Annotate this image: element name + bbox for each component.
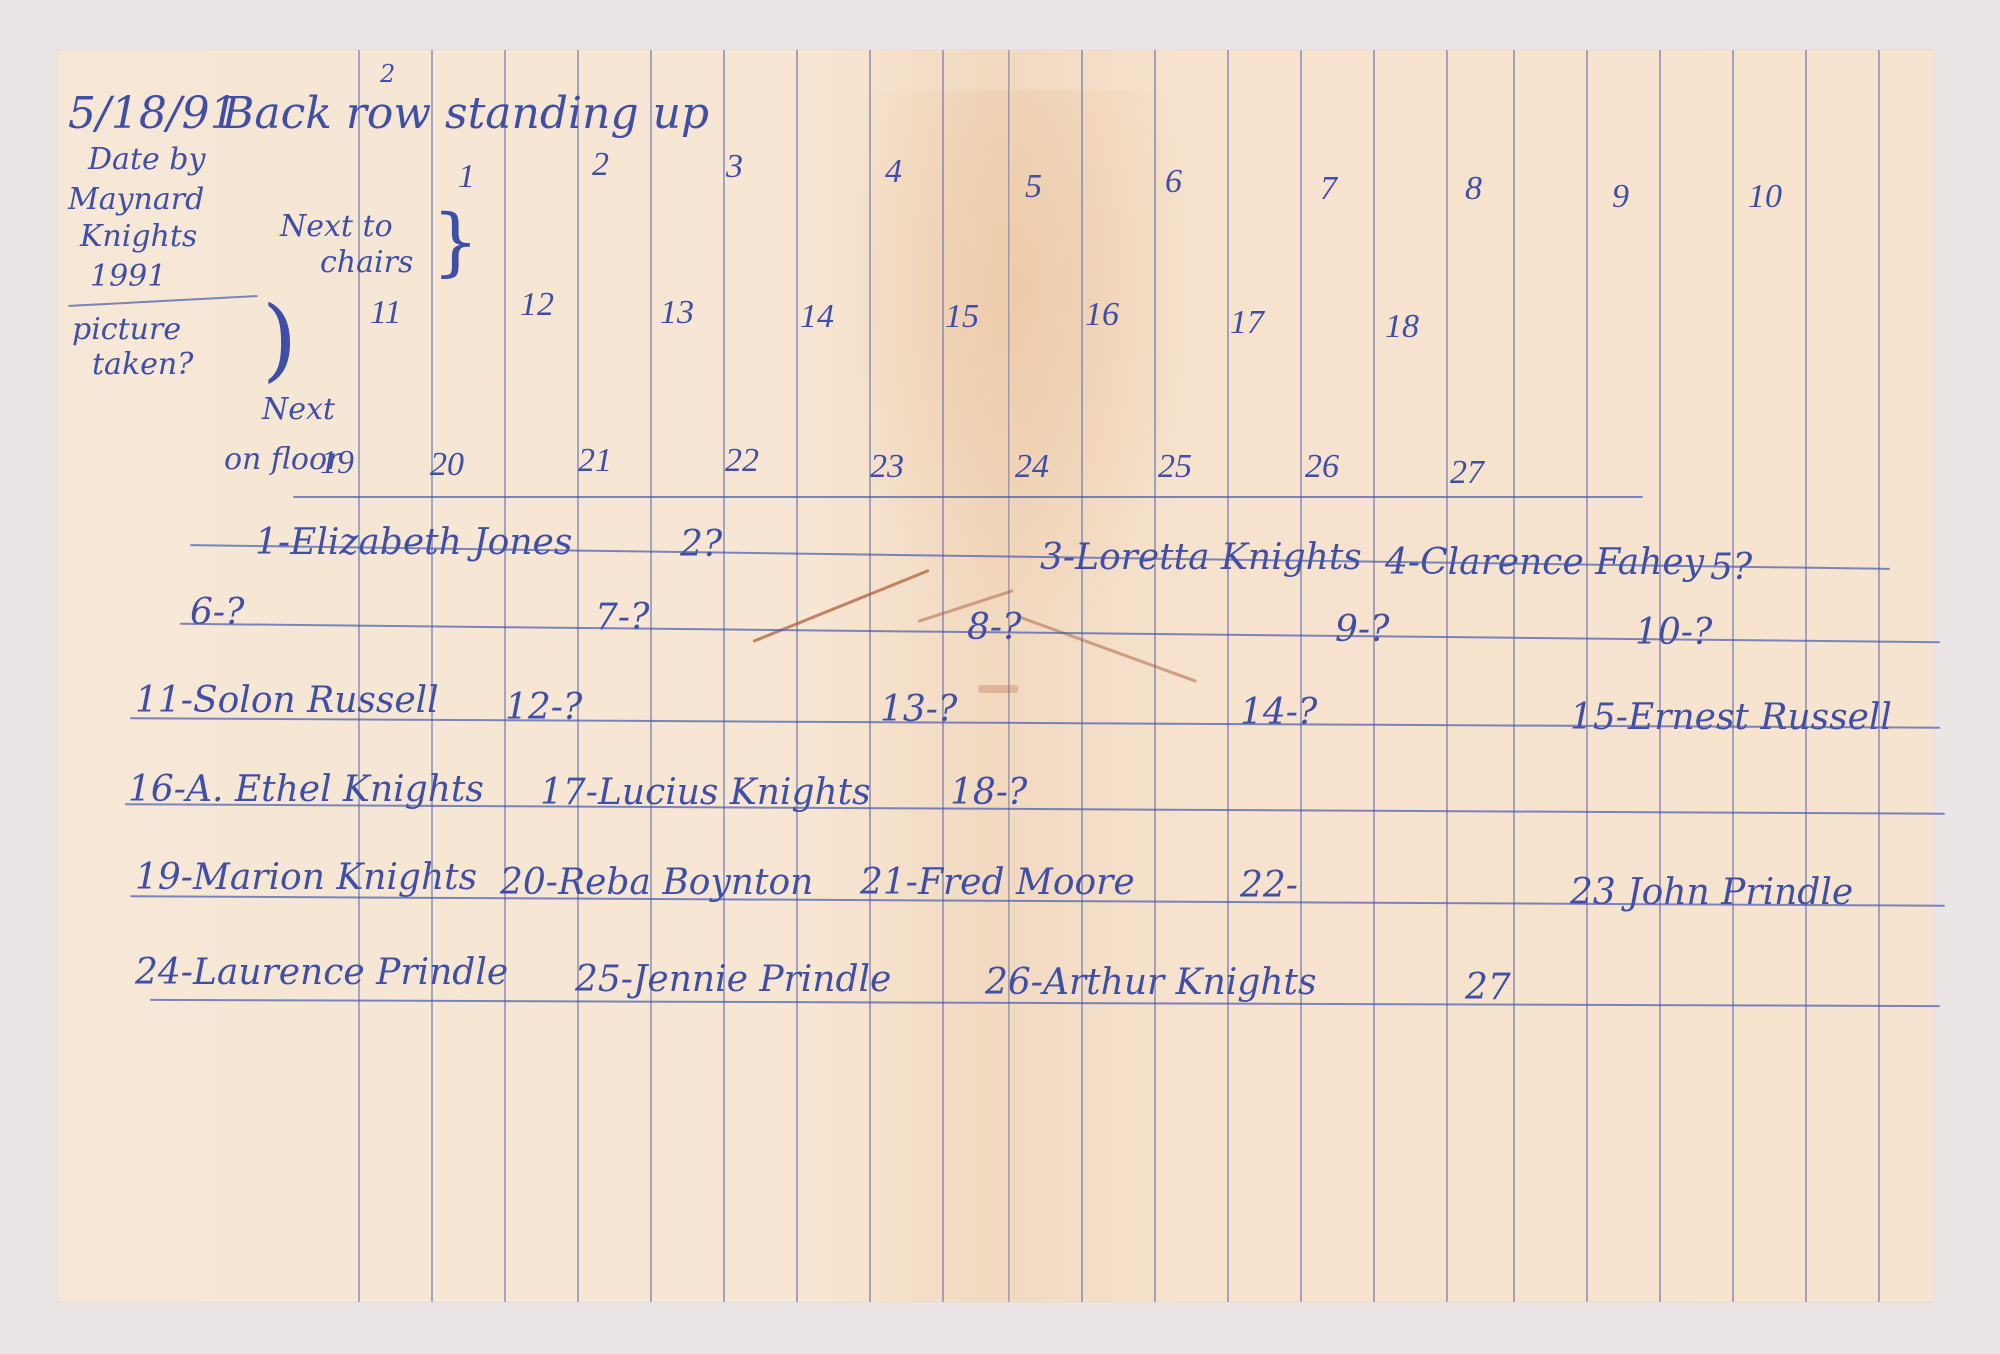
- name-entry: 6-?: [190, 595, 244, 631]
- name-entry: 9-?: [1335, 612, 1389, 648]
- seat-number: 8: [1465, 172, 1482, 206]
- ruled-line: [1513, 50, 1515, 1302]
- row-label-chairs: Next to: [280, 212, 393, 242]
- seat-number: 17: [1230, 306, 1264, 340]
- ruled-line: [1659, 50, 1661, 1302]
- name-entry: 11-Solon Russell: [135, 683, 439, 719]
- name-entry: 7-?: [595, 600, 649, 636]
- name-entry: 20-Reba Boynton: [500, 865, 813, 901]
- name-entry: 15-Ernest Russell: [1570, 700, 1892, 736]
- curly-brace: }: [432, 205, 479, 279]
- seat-number: 9: [1612, 180, 1629, 214]
- seat-number: 7: [1320, 172, 1337, 206]
- margin-note-line: picture: [72, 315, 181, 345]
- name-entry: 8-?: [967, 610, 1021, 646]
- seat-number: 16: [1085, 298, 1119, 332]
- ruled-line: [650, 50, 652, 1302]
- ruled-line: [869, 50, 871, 1302]
- margin-note-line: taken?: [92, 350, 193, 380]
- seat-number: 19: [320, 446, 354, 480]
- name-entry: 24-Laurence Prindle: [135, 955, 508, 991]
- name-entry: 5?: [1710, 550, 1752, 586]
- ruled-line: [1373, 50, 1375, 1302]
- name-entry: 21-Fred Moore: [860, 865, 1135, 901]
- header-title: Back row standing up: [222, 92, 709, 136]
- seat-number: 11: [370, 296, 401, 330]
- ruled-line: [577, 50, 579, 1302]
- ruled-line: [1300, 50, 1302, 1302]
- ruled-line: [796, 50, 798, 1302]
- name-entry: 19-Marion Knights: [135, 860, 477, 896]
- seat-number: 4: [885, 155, 902, 189]
- seat-number: 22: [725, 444, 759, 478]
- seat-number: 20: [430, 448, 464, 482]
- name-entry: 25-Jennie Prindle: [575, 962, 891, 998]
- seat-number: 18: [1385, 310, 1419, 344]
- ruled-line: [1586, 50, 1588, 1302]
- name-entry: 26-Arthur Knights: [985, 965, 1316, 1001]
- name-entry: 22-: [1240, 868, 1298, 904]
- ruled-line: [1732, 50, 1734, 1302]
- margin-note-line: Date by: [88, 145, 205, 175]
- floor-row-underline: [293, 496, 1643, 498]
- seat-number: 10: [1748, 180, 1782, 214]
- ruled-line: [1878, 50, 1880, 1302]
- seat-number: 21: [578, 444, 612, 478]
- name-entry: 14-?: [1240, 695, 1317, 731]
- seat-number: 24: [1015, 450, 1049, 484]
- name-entry: 1-Elizabeth Jones: [255, 525, 572, 561]
- seat-number: 25: [1158, 450, 1192, 484]
- ruled-line: [1227, 50, 1229, 1302]
- row-label-chairs: chairs: [320, 248, 413, 278]
- seat-number: 23: [870, 450, 904, 484]
- seat-number: 3: [726, 150, 743, 184]
- paren-bracket: ): [262, 295, 297, 385]
- rust-mark: [978, 685, 1018, 693]
- seat-number: 6: [1165, 165, 1182, 199]
- seat-number: 1: [458, 160, 475, 194]
- fold-crease: [1008, 50, 1011, 1302]
- ruled-line: [1081, 50, 1083, 1302]
- seat-number: 5: [1025, 170, 1042, 204]
- seat-number: 2: [592, 148, 609, 182]
- ruled-line: [1805, 50, 1807, 1302]
- seat-number: 13: [660, 296, 694, 330]
- seat-number: 15: [945, 300, 979, 334]
- ruled-line: [942, 50, 944, 1302]
- name-entry: 18-?: [950, 775, 1027, 811]
- ruled-line: [723, 50, 725, 1302]
- header-date: 5/18/91: [68, 92, 238, 136]
- ruled-line: [504, 50, 506, 1302]
- header-superscript: 2: [380, 62, 395, 86]
- ruled-line: [1154, 50, 1156, 1302]
- seat-number: 26: [1305, 450, 1339, 484]
- name-entry: 2?: [680, 527, 722, 563]
- seat-number: 12: [520, 288, 554, 322]
- margin-note-line: Maynard: [68, 185, 204, 215]
- margin-note-line: 1991: [90, 262, 166, 292]
- row-label-floor: Next: [262, 395, 335, 425]
- name-entry: 27: [1465, 970, 1511, 1006]
- seat-number: 14: [800, 300, 834, 334]
- name-entry: 10-?: [1635, 615, 1712, 651]
- ruled-line: [1446, 50, 1448, 1302]
- seat-number: 27: [1450, 456, 1484, 490]
- margin-note-line: Knights: [80, 222, 197, 252]
